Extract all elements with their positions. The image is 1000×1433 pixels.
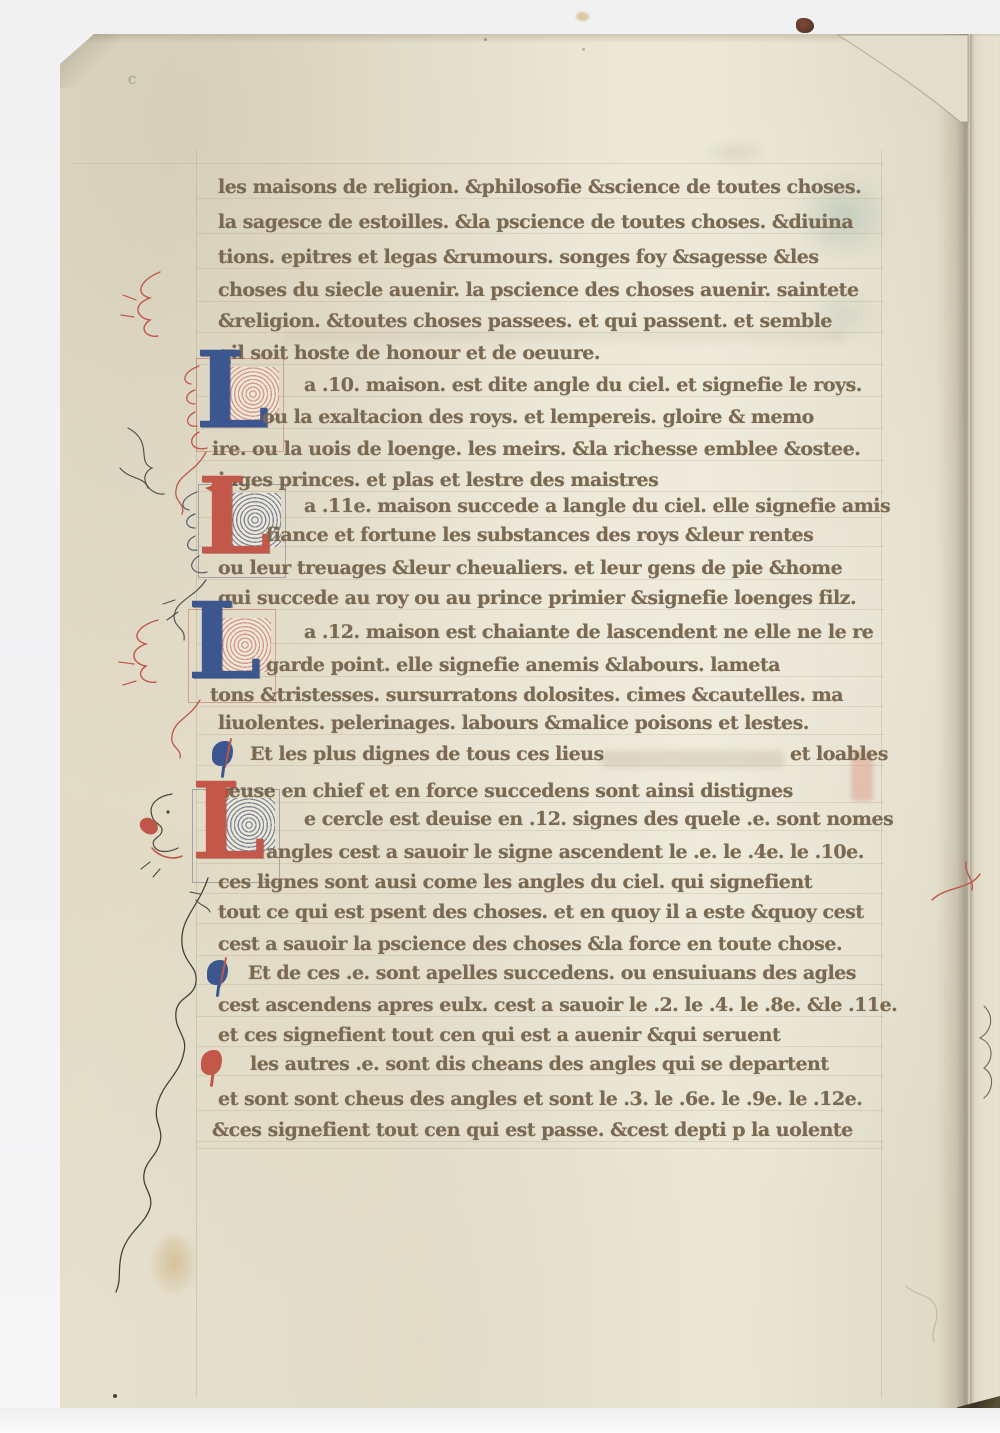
text-line: qui succede au roy ou au prince primier … bbox=[218, 585, 856, 611]
text-block: les maisons de religion. &philosofie &sc… bbox=[0, 0, 1000, 1433]
text-line-text: tions. epitres et legas &rumours. songes… bbox=[218, 246, 819, 268]
text-line-text: ire. ou la uois de loenge. les meirs. &l… bbox=[212, 438, 860, 460]
text-line-text: qil soit hoste de honour et de oeuure. bbox=[218, 342, 600, 364]
text-line-text: tons &tristesses. sursurratons dolosites… bbox=[210, 684, 843, 706]
text-line: ire. ou la uois de loenge. les meirs. &l… bbox=[212, 436, 860, 462]
illuminated-initial: L bbox=[196, 793, 276, 879]
text-line: les autres .e. sont dis cheans des angle… bbox=[250, 1051, 829, 1077]
text-line: tons &tristesses. sursurratons dolosites… bbox=[210, 682, 843, 708]
text-line: fiance et fortune les substances des roy… bbox=[266, 522, 813, 548]
text-line: ou leur treuages &leur cheualiers. et le… bbox=[218, 555, 842, 581]
text-line-text: les autres .e. sont dis cheans des angle… bbox=[250, 1053, 829, 1075]
initial-letter: L bbox=[191, 778, 266, 864]
text-line-text: cest ascendens apres eulx. cest a sauoir… bbox=[218, 994, 897, 1016]
text-line-text: ces lignes sont ausi come les angles du … bbox=[218, 871, 812, 893]
text-line-text: ou leur treuages &leur cheualiers. et le… bbox=[218, 557, 842, 579]
paragraph-mark-icon bbox=[201, 1049, 227, 1091]
text-line: et ces signefient tout cen qui est a aue… bbox=[218, 1022, 780, 1048]
initial-letter: L bbox=[195, 347, 270, 433]
text-line: a .11e. maison succede a langle du ciel.… bbox=[304, 493, 890, 519]
text-line-text: la sagesce de estoilles. &la pscience de… bbox=[218, 211, 853, 233]
text-line-text: &ces signefient tout cen qui est passe. … bbox=[212, 1119, 853, 1141]
photo-background: c bbox=[0, 0, 1000, 1433]
text-line-text: qui succede au roy ou au prince primier … bbox=[218, 587, 856, 609]
text-line-text: Et de ces .e. sont apelles succedens. ou… bbox=[248, 962, 856, 984]
text-line: ou la exaltacion des roys. et lempereis.… bbox=[262, 404, 814, 430]
text-line: &religion. &toutes choses passees. et qu… bbox=[218, 308, 832, 334]
text-line: &ces signefient tout cen qui est passe. … bbox=[212, 1117, 853, 1143]
text-line: a .12. maison est chaiante de lascendent… bbox=[304, 619, 873, 645]
text-line: a .10. maison. est dite angle du ciel. e… bbox=[304, 372, 862, 398]
text-line-text: cest a sauoir la pscience des choses &la… bbox=[218, 933, 842, 955]
text-line: et sont sont cheus des angles et sont le… bbox=[218, 1086, 862, 1112]
text-line-text: les maisons de religion. &philosofie &sc… bbox=[218, 176, 861, 198]
text-line: Et les plus dignes de tous ces lieuset l… bbox=[250, 741, 604, 767]
text-line-text: tout ce qui est psent des choses. et en … bbox=[218, 901, 864, 923]
text-line: Et de ces .e. sont apelles succedens. ou… bbox=[248, 960, 856, 986]
text-line-text: et ces signefient tout cen qui est a aue… bbox=[218, 1024, 780, 1046]
text-line-text: e cercle est deuise en .12. signes des q… bbox=[304, 808, 893, 830]
text-line: e cercle est deuise en .12. signes des q… bbox=[304, 806, 893, 832]
text-line-text: choses du siecle auenir. la pscience des… bbox=[218, 279, 859, 301]
initial-letter: L bbox=[187, 598, 262, 684]
text-line: la sagesce de estoilles. &la pscience de… bbox=[218, 209, 853, 235]
text-line: ces lignes sont ausi come les angles du … bbox=[218, 869, 812, 895]
text-line: garde point. elle signefie anemis &labou… bbox=[266, 652, 780, 678]
text-line-text: et sont sont cheus des angles et sont le… bbox=[218, 1088, 862, 1110]
text-line-text: liuolentes. pelerinages. labours &malice… bbox=[218, 712, 809, 734]
text-line-text: a .11e. maison succede a langle du ciel.… bbox=[304, 495, 890, 517]
text-line: choses du siecle auenir. la pscience des… bbox=[218, 277, 859, 303]
text-line: liuolentes. pelerinages. labours &malice… bbox=[218, 710, 809, 736]
text-line: iuges princes. et plas et lestre des mai… bbox=[218, 467, 658, 493]
text-line: les maisons de religion. &philosofie &sc… bbox=[218, 174, 861, 200]
initial-letter: L bbox=[197, 473, 272, 559]
text-line-text: &euse en chief et en force succedens son… bbox=[212, 780, 793, 802]
text-line-text: a .10. maison. est dite angle du ciel. e… bbox=[304, 374, 862, 396]
text-line: &euse en chief et en force succedens son… bbox=[212, 778, 793, 804]
text-line: cest a sauoir la pscience des choses &la… bbox=[218, 931, 842, 957]
text-line: cest ascendens apres eulx. cest a sauoir… bbox=[218, 992, 897, 1018]
text-line-text: Et les plus dignes de tous ces lieus bbox=[250, 743, 604, 765]
text-line-right-text: et loables bbox=[790, 741, 888, 767]
text-line: tout ce qui est psent des choses. et en … bbox=[218, 899, 864, 925]
text-line-text: garde point. elle signefie anemis &labou… bbox=[266, 654, 780, 676]
text-line: tions. epitres et legas &rumours. songes… bbox=[218, 244, 819, 270]
text-line-text: ou la exaltacion des roys. et lempereis.… bbox=[262, 406, 814, 428]
text-line-text: a .12. maison est chaiante de lascendent… bbox=[304, 621, 873, 643]
text-line-text: angles cest a sauoir le signe ascendent … bbox=[266, 841, 864, 863]
text-line: angles cest a sauoir le signe ascendent … bbox=[266, 839, 864, 865]
text-line-text: &religion. &toutes choses passees. et qu… bbox=[218, 310, 832, 332]
paragraph-mark-red-stroke bbox=[219, 957, 227, 987]
text-line-text: fiance et fortune les substances des roy… bbox=[266, 524, 813, 546]
text-line-text: iuges princes. et plas et lestre des mai… bbox=[218, 469, 658, 491]
manuscript-photo: { "document": { "kind": "medieval manusc… bbox=[0, 0, 1000, 1433]
